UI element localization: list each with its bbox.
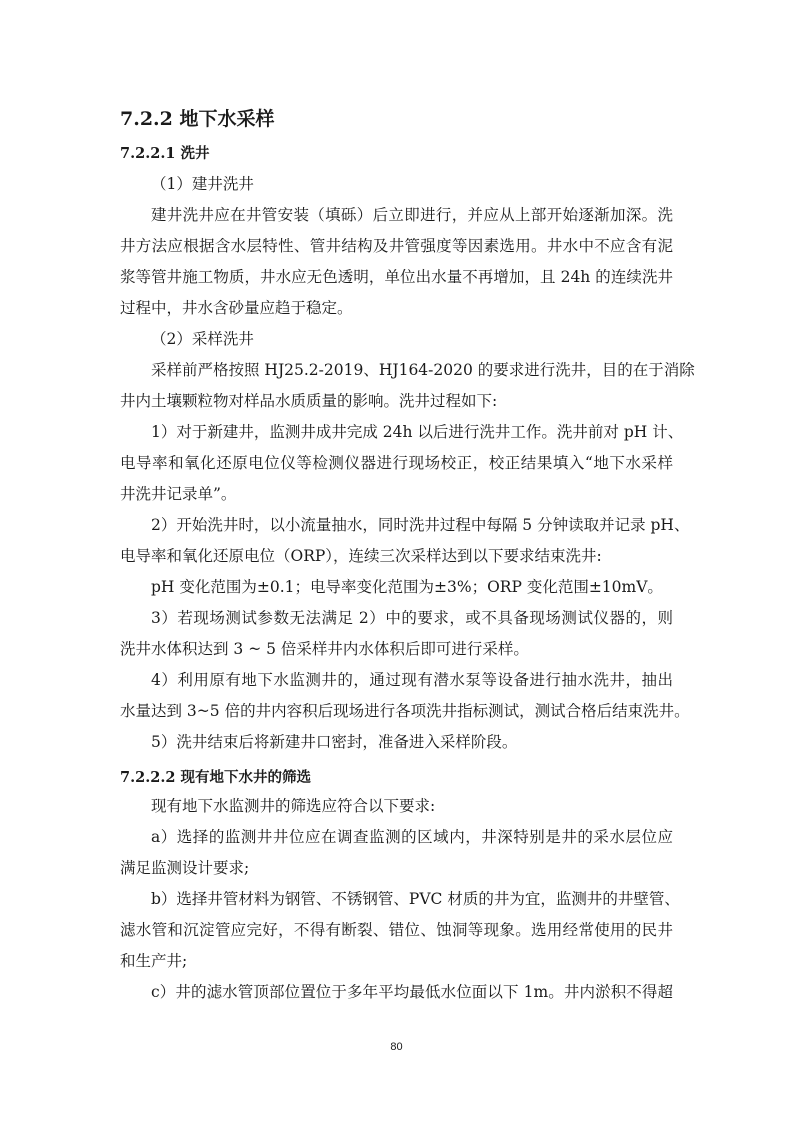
paragraph-line: 建井洗井应在井管安装（填砾）后立即进行，并应从上部开始逐渐加深。洗 [120,205,673,225]
paragraph-line: c）井的滤水管顶部位置位于多年平均最低水位面以下 1m。井内淤积不得超 [120,982,673,1002]
paragraph-line: （2）采样洗井 [120,329,673,349]
subsection-heading-well-screening: 7.2.2.2 现有地下水井的筛选 [120,766,311,787]
paragraph-line: 满足监测设计要求; [120,858,673,878]
paragraph-line: 电导率和氧化还原电位仪等检测仪器进行现场校正，校正结果填入“地下水采样 [120,453,673,473]
paragraph-line: 2）开始洗井时，以小流量抽水，同时洗井过程中每隔 5 分钟读取并记录 pH、 [120,515,673,535]
paragraph-line: 现有地下水监测井的筛选应符合以下要求: [120,796,673,816]
paragraph-line: 5）洗井结束后将新建井口密封，准备进入采样阶段。 [120,732,673,752]
paragraph-line: 洗井水体积达到 3 ~ 5 倍采样井内水体积后即可进行采样。 [120,639,673,659]
page-number: 80 [0,1041,793,1053]
paragraph-line: 采样前严格按照 HJ25.2-2019、HJ164-2020 的要求进行洗井，目… [120,360,673,380]
paragraph-line: 4）利用原有地下水监测井的，通过现有潜水泵等设备进行抽水洗井，抽出 [120,670,673,690]
paragraph-line: a）选择的监测井井位应在调查监测的区域内，井深特别是井的采水层位应 [120,827,673,847]
paragraph-line: 3）若现场测试参数无法满足 2）中的要求，或不具备现场测试仪器的，则 [120,608,673,628]
section-heading: 7.2.2 地下水采样 [120,104,275,131]
paragraph-line: （1）建井洗井 [120,174,673,194]
paragraph-line: b）选择井管材料为钢管、不锈钢管、PVC 材质的井为宜，监测井的井壁管、 [120,889,673,909]
subsection-heading-wash-well: 7.2.2.1 洗井 [120,142,210,163]
paragraph-line: 电导率和氧化还原电位（ORP），连续三次采样达到以下要求结束洗井: [120,546,673,566]
paragraph-line: 滤水管和沉淀管应完好，不得有断裂、错位、蚀洞等现象。选用经常使用的民井 [120,920,673,940]
paragraph-line: 1）对于新建井，监测井成井完成 24h 以后进行洗井工作。洗井前对 pH 计、 [120,422,673,442]
paragraph-line: 水量达到 3~5 倍的井内容积后现场进行各项洗井指标测试，测试合格后结束洗井。 [120,701,673,721]
paragraph-line: 井内土壤颗粒物对样品水质质量的影响。洗井过程如下: [120,391,673,411]
paragraph-line: pH 变化范围为±0.1；电导率变化范围为±3%；ORP 变化范围±10mV。 [120,577,673,597]
paragraph-line: 井洗井记录单”。 [120,484,673,504]
paragraph-line: 和生产井; [120,951,673,971]
paragraph-line: 浆等管井施工物质，井水应无色透明，单位出水量不再增加，且 24h 的连续洗井 [120,267,673,287]
paragraph-line: 井方法应根据含水层特性、管井结构及井管强度等因素选用。井水中不应含有泥 [120,236,673,256]
paragraph-line: 过程中，井水含砂量应趋于稳定。 [120,298,673,318]
